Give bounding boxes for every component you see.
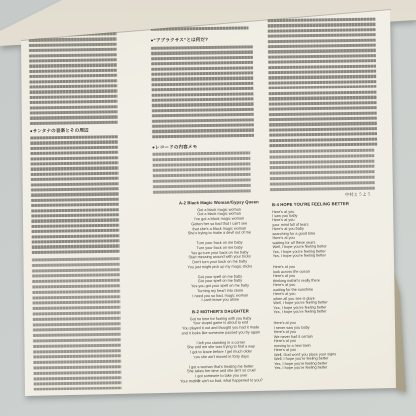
japanese-text-block	[29, 32, 118, 126]
page-number: 3	[197, 378, 199, 383]
song: A-2 Black Magic Woman/Gypsy QueenGot a b…	[150, 199, 289, 304]
song-title: A-2 Black Magic Woman/Gypsy Queen	[150, 199, 288, 206]
lyric-line: She's trying to make a devil out of me	[150, 230, 288, 237]
lyric-line: I can't leave you alone	[151, 297, 289, 304]
japanese-text-block	[30, 135, 120, 255]
lyric-line: Yes, I hope you're feeling better	[273, 308, 405, 314]
page-content: ●サンタナの音楽とその周辺 ●“アブラクサス”とは何だ? ●レコードの内容メモ …	[0, 0, 416, 416]
verse: Here's at youlook across the oceanHere's…	[273, 264, 406, 315]
lyric-line: Yes, I hope you're feeling better	[273, 252, 405, 258]
song: B-2 MOTHER'S DAUGHTERGot no time for foo…	[151, 308, 290, 384]
lyric-line: You just might pick up my magic sticks	[151, 264, 289, 271]
author-credit: 中村とうよう	[345, 192, 371, 198]
liner-notes-page: ●サンタナの音楽とその周辺 ●“アブラクサス”とは何だ? ●レコードの内容メモ …	[0, 0, 416, 416]
verse: Got your spell on me babyGot your spell …	[151, 273, 289, 303]
photo-of-liner-notes: ●サンタナの音楽とその周辺 ●“アブラクサス”とは何だ? ●レコードの内容メモ …	[0, 0, 416, 416]
lyrics-column-left: A-2 Black Magic Woman/Gypsy QueenGot a b…	[150, 199, 291, 389]
lyric-line: Yes, I hope you're feeling better	[274, 364, 406, 370]
verse: Here's at youI saw you babyHere's at you…	[272, 208, 405, 259]
song: B-4 HOPE YOU'RE FEELING BETTERHere's at …	[272, 200, 406, 370]
lyrics-column-right: B-4 HOPE YOU'RE FEELING BETTERHere's at …	[272, 200, 406, 377]
verse: Turn your back on me babyTurn your back …	[150, 240, 288, 270]
lyric-line: Your mother ain't so bad, what happened …	[152, 378, 290, 385]
song-title: B-2 MOTHER'S DAUGHTER	[151, 308, 289, 315]
verse: I left you standing in a cornerShe told …	[152, 339, 290, 360]
section-heading-record-notes: ●レコードの内容メモ	[152, 144, 197, 150]
verse: Got no time for fooling with you babyYou…	[152, 315, 290, 336]
paper-sheets: ●サンタナの音楽とその周辺 ●“アブラクサス”とは何だ? ●レコードの内容メモ …	[0, 0, 416, 416]
song-title: B-4 HOPE YOU'RE FEELING BETTER	[272, 200, 404, 207]
japanese-text-block	[269, 149, 375, 192]
japanese-text-block	[152, 151, 251, 193]
japanese-text-block	[267, 18, 376, 90]
verse: Got a black magic womanGot a black magic…	[150, 206, 288, 236]
section-heading-santana-music: ●サンタナの音楽とその周辺	[30, 128, 89, 134]
verse: Here's at youI never saw you babyHere's …	[274, 320, 407, 371]
japanese-text-block	[151, 45, 254, 139]
japanese-text-block	[32, 257, 122, 390]
lyric-line: and it looks like someone passed you by …	[152, 330, 290, 337]
japanese-text-block	[268, 91, 377, 148]
verse: I got a woman that's treating me betterS…	[152, 363, 290, 384]
section-heading-abraxas: ●“アブラクサス”とは何だ?	[151, 37, 208, 43]
lyric-line: 'cos she ain't moved in forty days	[152, 354, 290, 361]
